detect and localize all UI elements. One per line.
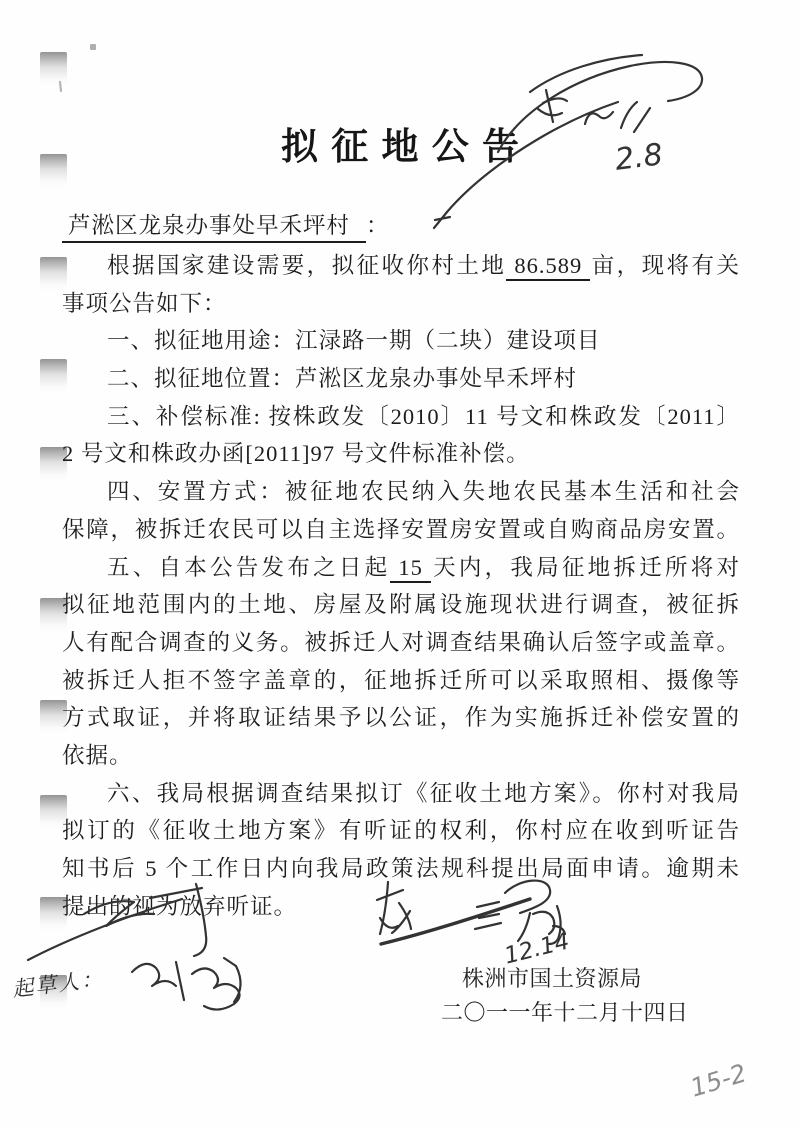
body-line: 二、拟征地位置：芦淞区龙泉办事处早禾坪村 <box>62 360 740 398</box>
body-text: 拟订的《征收土地方案》有听证的权利，你村应在收到听证告 <box>62 818 740 843</box>
body-line: 根据国家建设需要，拟征收你村土地86.589亩，现将有关 <box>62 247 740 285</box>
body-text: 保障，被拆迁农民可以自主选择安置房安置或自购商品房安置。 <box>62 517 740 542</box>
body-line: 六、我局根据调查结果拟订《征收土地方案》。你村对我局 <box>62 775 740 813</box>
body-text: 拟征地范围内的土地、房屋及附属设施现状进行调查，被征拆 <box>62 592 740 617</box>
body-line: 三、补偿标准: 按株政发〔2010〕11 号文和株政发〔2011〕 <box>62 398 740 436</box>
body-text: 知书后 5 个工作日内向我局政策法规科提出局面申请。逾期未 <box>62 856 740 881</box>
scan-dot-artifact <box>90 44 96 50</box>
body-text: 提出的视为放弃听证。 <box>62 894 297 919</box>
handwritten-page-number: 15-2 <box>687 1058 750 1102</box>
body-text: 事项公告如下： <box>62 291 227 316</box>
body-text: 方式取证，并将取证结果予以公证，作为实施拆迁补偿安置的 <box>62 705 740 730</box>
body-text: 二、拟征地位置：芦淞区龙泉办事处早禾坪村 <box>107 366 577 391</box>
body-line: 保障，被拆迁农民可以自主选择安置房安置或自购商品房安置。 <box>62 511 740 549</box>
body-text: 被拆迁人拒不签字盖章的，征地拆迁所可以采取照相、摄像等 <box>62 668 740 693</box>
body-text: 五、自本公告发布之日起 <box>107 555 390 580</box>
addressee-colon: ： <box>366 213 390 238</box>
body-line: 拟征地范围内的土地、房屋及附属设施现状进行调查，被征拆 <box>62 586 740 624</box>
body-line: 四、安置方式：被征地农民纳入失地农民基本生活和社会 <box>62 473 740 511</box>
body-text: 人有配合调查的义务。被拆迁人对调查结果确认后签字或盖章。 <box>62 630 740 655</box>
body-line: 被拆迁人拒不签字盖章的，征地拆迁所可以采取照相、摄像等 <box>62 662 740 700</box>
body-text: 2 号文和株政办函[2011]97 号文件标准补偿。 <box>62 441 530 466</box>
body-line: 人有配合调查的义务。被拆迁人对调查结果确认后签字或盖章。 <box>62 624 740 662</box>
body-text: 亩，现将有关 <box>590 253 740 278</box>
underlined-value: 15 <box>390 555 431 583</box>
addressee-line: 芦淞区龙泉办事处早禾坪村： <box>62 208 740 240</box>
body-line: 方式取证，并将取证结果予以公证，作为实施拆迁补偿安置的 <box>62 699 740 737</box>
addressee-name: 芦淞区龙泉办事处早禾坪村 <box>62 213 366 243</box>
body-text: 依据。 <box>62 743 133 768</box>
underlined-value: 86.589 <box>506 253 590 281</box>
body-line: 提出的视为放弃听证。 <box>62 888 740 926</box>
body-line: 事项公告如下： <box>62 285 740 323</box>
body-text: 一、拟征地用途：江渌路一期（二块）建设项目 <box>107 328 601 353</box>
body-text: 六、我局根据调查结果拟订《征收土地方案》。你村对我局 <box>107 781 740 806</box>
body-text: 四、安置方式：被征地农民纳入失地农民基本生活和社会 <box>107 479 740 504</box>
issuing-agency: 株洲市国土资源局 <box>462 962 642 993</box>
body-line: 2 号文和株政办函[2011]97 号文件标准补偿。 <box>62 435 740 473</box>
handwritten-drafter-label: 起草人： <box>11 963 106 1004</box>
body-line: 知书后 5 个工作日内向我局政策法规科提出局面申请。逾期未 <box>62 850 740 888</box>
body-line: 拟订的《征收土地方案》有听证的权利，你村应在收到听证告 <box>62 812 740 850</box>
body-text: 天内，我局征地拆迁所将对 <box>431 555 740 580</box>
body-line: 五、自本公告发布之日起15天内，我局征地拆迁所将对 <box>62 549 740 587</box>
scanned-document-page: 拟 征 地 公 告 芦淞区龙泉办事处早禾坪村： 根据国家建设需要，拟征收你村土地… <box>0 0 800 1130</box>
body-text: 三、补偿标准: 按株政发〔2010〕11 号文和株政发〔2011〕 <box>107 404 740 429</box>
body-line: 依据。 <box>62 737 740 775</box>
body-text: 根据国家建设需要，拟征收你村土地 <box>107 253 506 278</box>
scan-artifact <box>40 52 67 86</box>
body-line: 一、拟征地用途：江渌路一期（二块）建设项目 <box>62 322 740 360</box>
issue-date: 二〇一一年十二月十四日 <box>441 996 689 1027</box>
handwritten-title-note: 2.8 <box>613 137 665 178</box>
body-lines: 根据国家建设需要，拟征收你村土地86.589亩，现将有关事项公告如下：一、拟征地… <box>62 247 740 925</box>
